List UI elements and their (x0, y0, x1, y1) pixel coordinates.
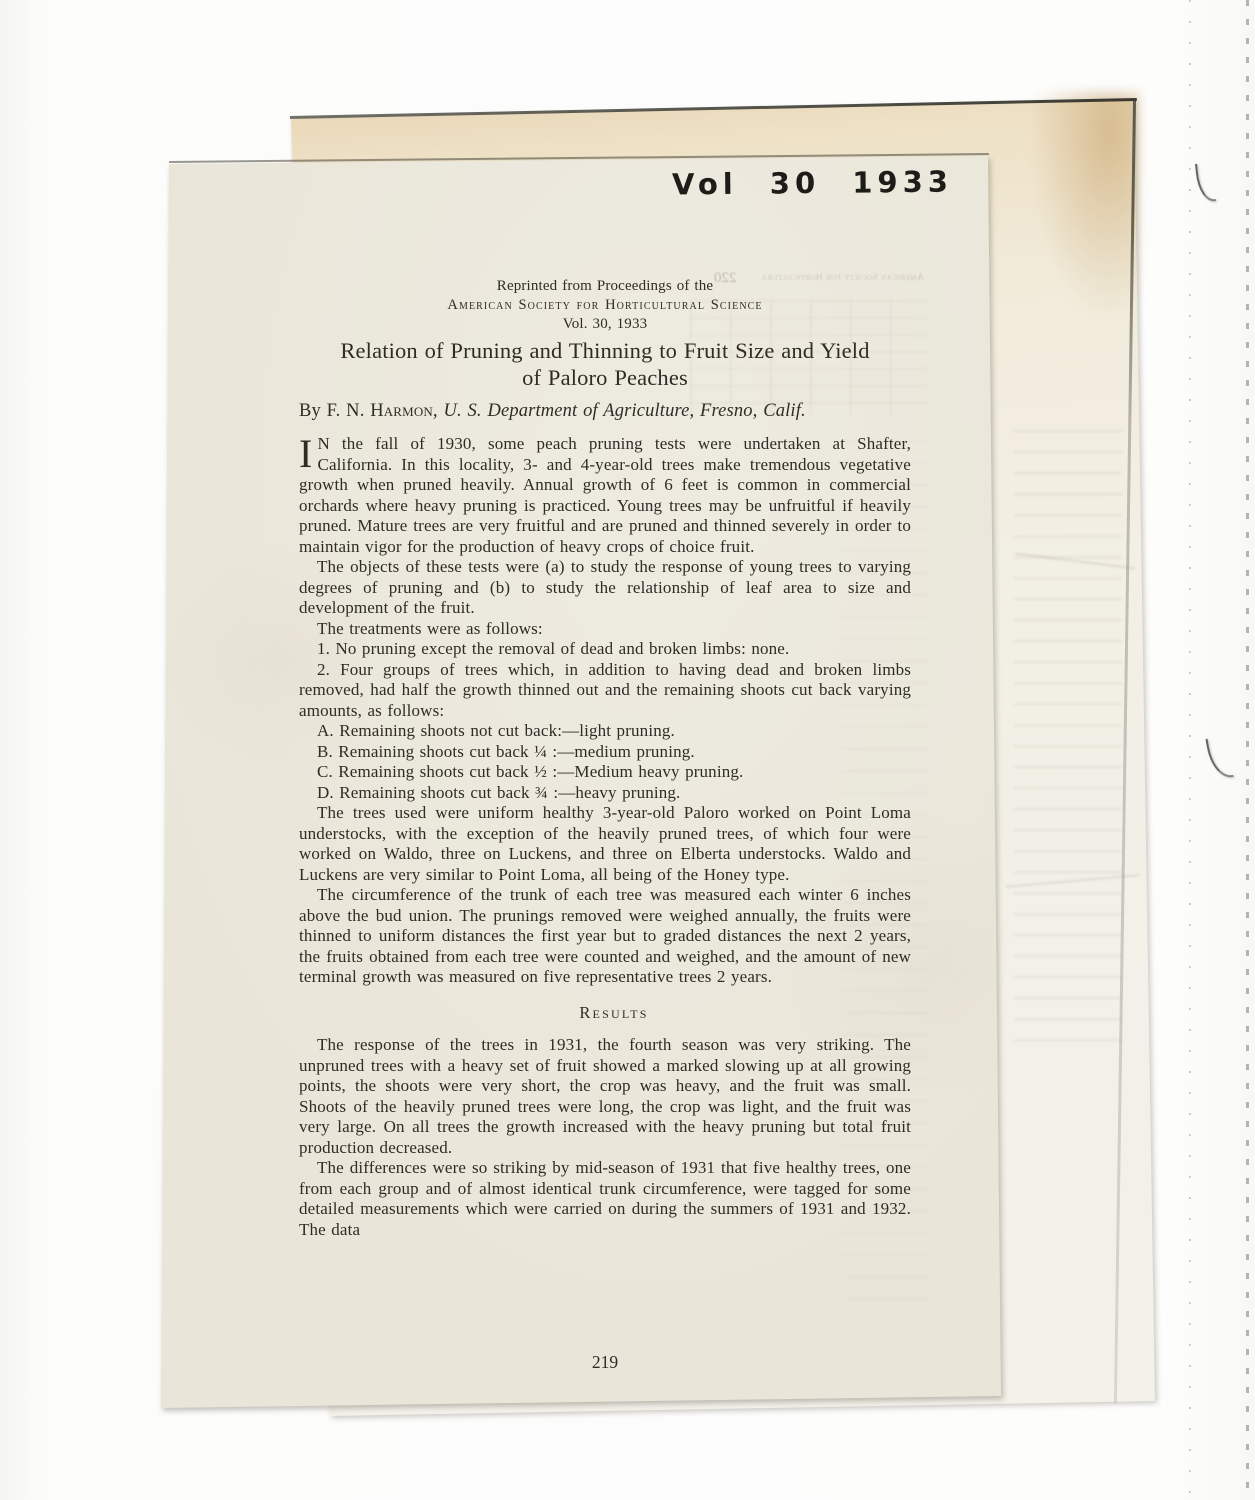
methods-paragraph-2: The circumference of the trunk of each t… (299, 885, 911, 988)
running-header-reprint-line: Reprinted from Proceedings of the (299, 277, 911, 296)
results-paragraph-2: The differences were so striking by mid-… (299, 1158, 911, 1240)
results-heading: Results (299, 1003, 911, 1024)
article-byline: By F. N. Harmon, U. S. Department of Agr… (299, 400, 911, 423)
running-header-society-line: American Society for Horticultural Scien… (299, 296, 911, 315)
results-paragraph-1: The response of the trees in 1931, the f… (299, 1035, 911, 1158)
byline-affiliation: , U. S. Department of Agriculture, Fresn… (433, 401, 806, 421)
scanned-document-photo: 220 American Society for Horticultural S… (0, 0, 1255, 1500)
page-number: 219 (299, 1352, 911, 1373)
pruning-grade-c: C. Remaining shoots cut back ½ :—Medium … (299, 762, 911, 783)
handwritten-volume-note: Vol 30 1933 (672, 165, 953, 202)
article-title-line2: of Paloro Peaches (299, 365, 911, 392)
byline-author: F. N. Harmon (327, 401, 433, 421)
running-header-volume-line: Vol. 30, 1933 (299, 315, 911, 334)
treatments-intro: The treatments were as follows: (299, 619, 911, 640)
intro-paragraph-text: N the fall of 1930, some peach pruning t… (299, 434, 911, 556)
methods-paragraph-1: The trees used were uniform healthy 3-ye… (299, 803, 911, 885)
article-title-line1: Relation of Pruning and Thinning to Frui… (299, 338, 911, 365)
byline-prefix: By (299, 401, 327, 421)
pruning-grade-b: B. Remaining shoots cut back ¼ :—medium … (299, 742, 911, 763)
intro-drop-cap: I (299, 434, 317, 471)
treatment-item-1: 1. No pruning except the removal of dead… (299, 639, 911, 660)
pruning-grade-d: D. Remaining shoots cut back ¾ :—heavy p… (299, 783, 911, 804)
intro-paragraph: IN the fall of 1930, some peach pruning … (299, 434, 911, 557)
pruning-grade-a: A. Remaining shoots not cut back:—light … (299, 721, 911, 742)
treatment-item-2: 2. Four groups of trees which, in additi… (299, 660, 911, 722)
objects-paragraph: The objects of these tests were (a) to s… (299, 557, 911, 619)
article-title: Relation of Pruning and Thinning to Frui… (299, 338, 911, 391)
article-text-column: Reprinted from Proceedings of the Americ… (299, 277, 911, 1240)
